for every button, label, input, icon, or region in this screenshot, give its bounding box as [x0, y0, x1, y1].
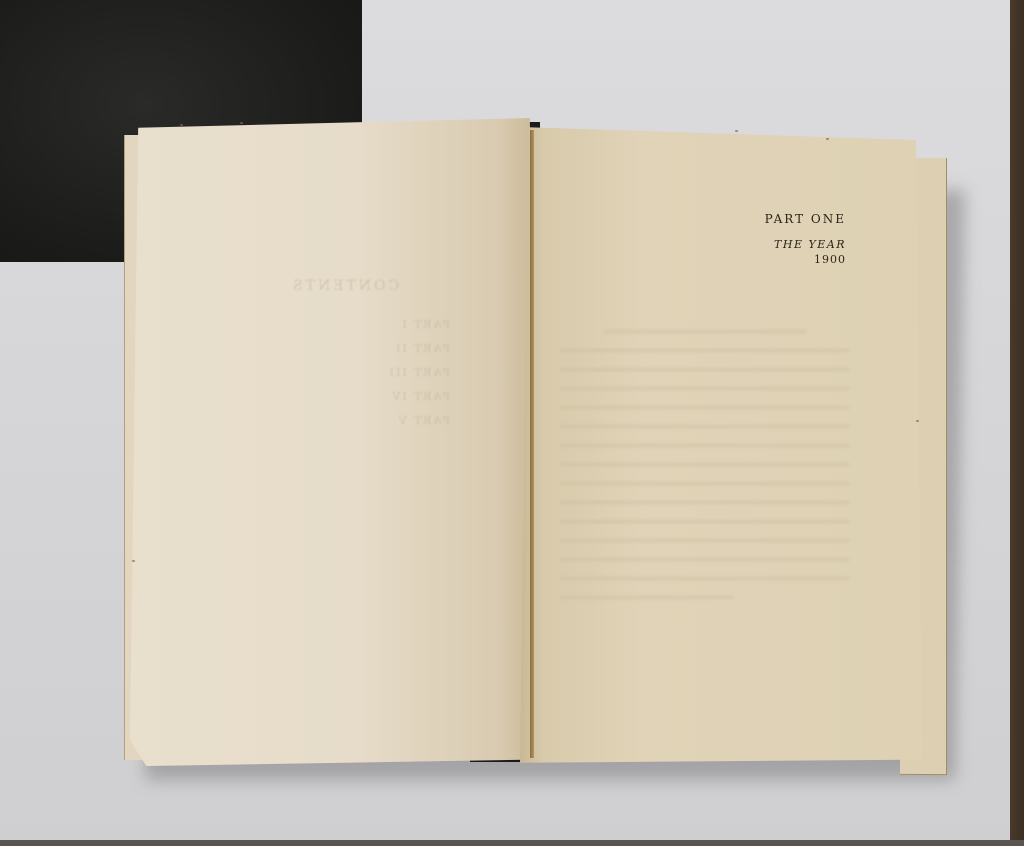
bleed-row-label: PART V	[397, 414, 450, 438]
foxing-speck	[180, 124, 183, 126]
bleed-row: PART II	[240, 342, 450, 366]
bleed-row-label: PART II	[394, 342, 450, 366]
left-page	[130, 118, 538, 766]
bleed-row: PART III	[240, 366, 450, 390]
bleed-row-label: PART IV	[390, 390, 450, 414]
bleed-row-label: PART I	[400, 318, 450, 342]
foxing-speck	[735, 130, 738, 132]
bleed-row-label: PART III	[388, 366, 450, 390]
bleed-row: PART I	[240, 318, 450, 342]
table-edge	[0, 840, 1024, 846]
bleed-through-text	[560, 330, 850, 615]
foxing-speck	[916, 420, 919, 422]
foxing-speck	[132, 560, 135, 562]
book-gutter	[530, 130, 534, 758]
section-title: THE YEAR	[765, 238, 846, 251]
wood-edge	[1010, 0, 1024, 846]
foxing-speck	[826, 138, 829, 140]
bleed-row: PART V	[240, 414, 450, 438]
bleed-row: PART IV	[240, 390, 450, 414]
year-number: 1900	[765, 253, 846, 266]
part-heading: PART ONE THE YEAR 1900	[765, 212, 846, 266]
bleed-through-contents-list: PART I PART II PART III PART IV PART V	[240, 318, 450, 438]
bleed-through-contents-title: CONTENTS	[290, 278, 399, 294]
part-label: PART ONE	[765, 212, 846, 226]
foxing-speck	[240, 122, 243, 124]
